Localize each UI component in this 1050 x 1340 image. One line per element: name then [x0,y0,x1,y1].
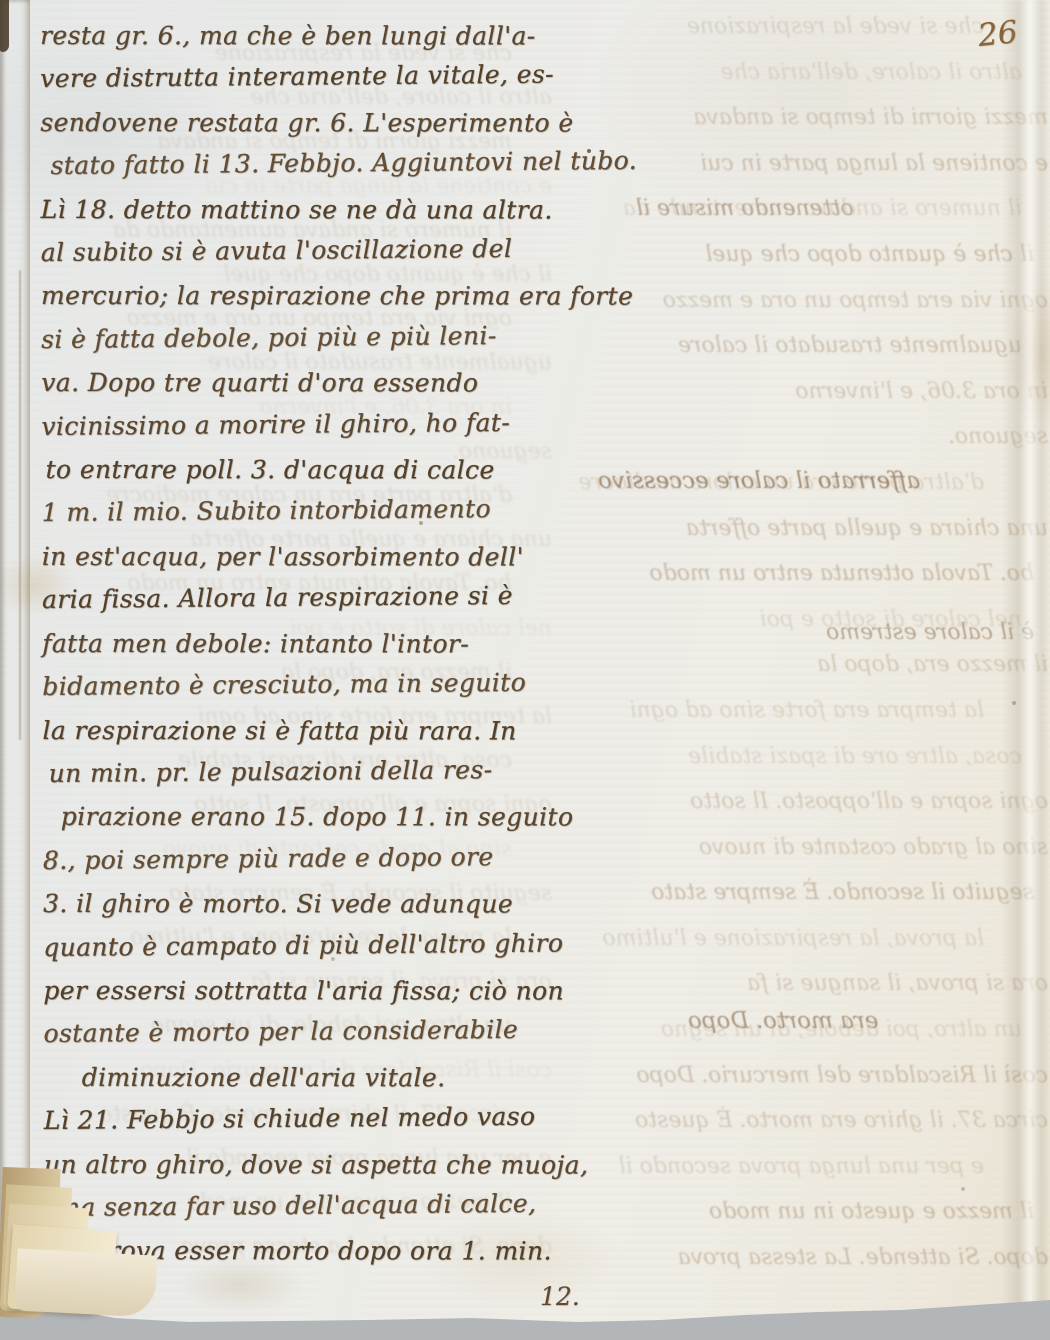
manuscript-line: al subito si è avuta l'oscillazione del [41,226,627,275]
manuscript-text-block: resta gr. 6., ma che è ben lungi dall'a-… [40,12,630,1273]
page-edge-strip [14,1248,157,1317]
showthrough-blot: era morto. Dopo [688,1008,878,1034]
manuscript-line: quanto è campato di più dell'altro ghiro [43,920,629,969]
manuscript-line: pirazione erano 15. dopo 11. in seguito [61,795,629,839]
spine-shadow-top [0,0,9,52]
manuscript-line: un altro ghiro, dove si aspetta che muoj… [44,1143,630,1187]
manuscript-line: aria fissa. Allora la respirazione si è [42,573,628,622]
manuscript-line: 1 m. il mio. Subito intorbidamento [42,486,628,535]
manuscript-page: che si vede la respirazionealtro il calo… [0,0,1050,1340]
manuscript-line: resta gr. 6., ma che è ben lungi dall'a- [40,14,626,58]
manuscript-line: si è fatta debole, poi più e più leni- [41,313,627,362]
manuscript-line: bidamento è cresciuto, ma in seguito [42,660,628,709]
manuscript-line: to entrare poll. 3. d'acqua di calce [46,448,628,492]
ink-specks [0,0,2,2]
manuscript-line: va. Dopo tre quarti d'ora essendo [41,361,627,405]
manuscript-line: un min. pr. le pulsazioni della res- [48,747,628,795]
gutter-crease-line [19,270,21,740]
manuscript-line: diminuzione dell'aria vitale. [82,1056,630,1100]
paper-fold-crease [1002,0,1050,1340]
manuscript-line: 8., poi sempre più rade e dopo ore [43,834,629,883]
showthrough-blot: ottenendo misure il [636,196,854,221]
manuscript-line: ma senza far uso dell'acqua di calce, [56,1181,630,1229]
manuscript-line: vicinissimo a morire il ghiro, ho fat- [41,400,627,449]
manuscript-line: stato fatto li 13. Febbjo. Aggiuntovi ne… [50,139,626,187]
manuscript-line: Lì 21. Febbjo si chiude nel medo vaso [44,1094,630,1143]
book-gutter-page-edges [0,0,30,1340]
manuscript-line: per essersi sottratta l'aria fissa; ciò … [43,969,629,1013]
manuscript-line: fatta men debole: intanto l'intor- [42,622,628,666]
manuscript-scan: che si vede la respirazionealtro il calo… [0,0,1050,1340]
manuscript-line: ostante è morto per la considerabile [43,1007,629,1056]
manuscript-line: sendovene restata gr. 6. L'esperimento è [40,101,626,145]
manuscript-line: mercurio; la respirazione che prima era … [41,274,627,318]
manuscript-line: la respirazione si è fatta più rara. In [42,708,628,752]
manuscript-line: Lì 18. detto mattino se ne dà una altra. [41,188,627,232]
manuscript-line: vere distrutta interamente la vitale, es… [40,52,626,101]
showthrough-blot: afferrato il calore eccessivo [598,468,920,494]
quire-signature-number: 12. [540,1282,580,1311]
manuscript-line: 3. il ghiro è morto. Si vede adunque [43,882,629,926]
manuscript-line: in est'acqua, per l'assorbimento dell' [42,535,628,579]
